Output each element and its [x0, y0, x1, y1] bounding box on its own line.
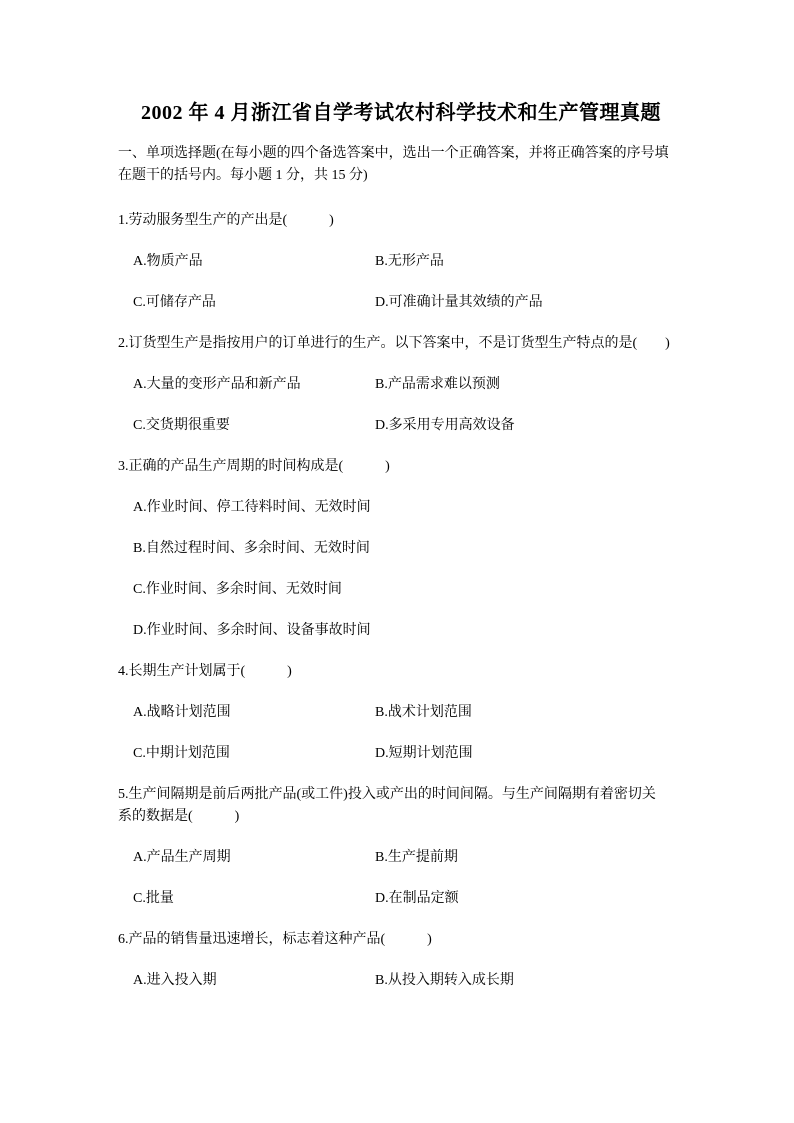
section-heading: 一、单项选择题(在每小题的四个备选答案中，选出一个正确答案，并将正确答案的序号填… [118, 143, 694, 187]
question-1-option-d: D.可准确计量其效绩的产品 [375, 292, 543, 314]
question-4-option-a: A.战略计划范围 [133, 702, 375, 724]
question-2-option-b: B.产品需求难以预测 [375, 374, 500, 396]
question-4-option-b: B.战术计划范围 [375, 702, 472, 724]
question-3: 3.正确的产品生产周期的时间构成是( ) A.作业时间、停工待料时间、无效时间 … [118, 456, 694, 642]
question-2-option-c: C.交货期很重要 [133, 415, 375, 437]
question-1-options-row-2: C.可储存产品D.可准确计量其效绩的产品 [133, 292, 694, 314]
question-2-options-row-2: C.交货期很重要D.多采用专用高效设备 [133, 415, 694, 437]
document-title: 2002 年 4 月浙江省自学考试农村科学技术和生产管理真题 [108, 100, 694, 127]
question-5-option-b: B.生产提前期 [375, 847, 458, 869]
question-1-options-row-1: A.物质产品B.无形产品 [133, 251, 694, 273]
question-5-options-row-2: C.批量D.在制品定额 [133, 888, 694, 910]
question-6-options-row-1: A.进入投入期B.从投入期转入成长期 [133, 970, 694, 992]
question-6-stem: 6.产品的销售量迅速增长，标志着这种产品( ) [118, 929, 694, 951]
question-5-stem: 5.生产间隔期是前后两批产品(或工件)投入或产出的时间间隔。与生产间隔期有着密切… [118, 784, 694, 828]
question-3-option-b: B.自然过程时间、多余时间、无效时间 [133, 538, 370, 560]
question-2-options-row-1: A.大量的变形产品和新产品B.产品需求难以预测 [133, 374, 694, 396]
question-1-option-c: C.可储存产品 [133, 292, 375, 314]
question-4-stem: 4.长期生产计划属于( ) [118, 661, 694, 683]
question-3-stem: 3.正确的产品生产周期的时间构成是( ) [118, 456, 694, 478]
question-3-options-row-1: A.作业时间、停工待料时间、无效时间 [133, 497, 694, 519]
question-3-options-row-3: C.作业时间、多余时间、无效时间 [133, 579, 694, 601]
question-5-option-a: A.产品生产周期 [133, 847, 375, 869]
question-6-option-a: A.进入投入期 [133, 970, 375, 992]
question-1-option-a: A.物质产品 [133, 251, 375, 273]
question-4-options-row-1: A.战略计划范围B.战术计划范围 [133, 702, 694, 724]
question-6: 6.产品的销售量迅速增长，标志着这种产品( ) A.进入投入期B.从投入期转入成… [118, 929, 694, 992]
document-page: 2002 年 4 月浙江省自学考试农村科学技术和生产管理真题 一、单项选择题(在… [0, 0, 794, 1123]
question-3-option-c: C.作业时间、多余时间、无效时间 [133, 579, 342, 601]
question-4-options-row-2: C.中期计划范围D.短期计划范围 [133, 743, 694, 765]
question-3-option-d: D.作业时间、多余时间、设备事故时间 [133, 620, 371, 642]
question-5-option-d: D.在制品定额 [375, 888, 459, 910]
question-3-options-row-4: D.作业时间、多余时间、设备事故时间 [133, 620, 694, 642]
question-1: 1.劳动服务型生产的产出是( ) A.物质产品B.无形产品 C.可储存产品D.可… [118, 210, 694, 314]
question-5-options-row-1: A.产品生产周期B.生产提前期 [133, 847, 694, 869]
question-2-option-d: D.多采用专用高效设备 [375, 415, 515, 437]
question-6-option-b: B.从投入期转入成长期 [375, 970, 514, 992]
question-1-option-b: B.无形产品 [375, 251, 444, 273]
question-5-option-c: C.批量 [133, 888, 375, 910]
question-4-option-c: C.中期计划范围 [133, 743, 375, 765]
question-1-stem: 1.劳动服务型生产的产出是( ) [118, 210, 694, 232]
question-4-option-d: D.短期计划范围 [375, 743, 473, 765]
question-5: 5.生产间隔期是前后两批产品(或工件)投入或产出的时间间隔。与生产间隔期有着密切… [118, 784, 694, 910]
question-2: 2.订货型生产是指按用户的订单进行的生产。以下答案中，不是订货型生产特点的是( … [118, 333, 694, 437]
question-2-option-a: A.大量的变形产品和新产品 [133, 374, 375, 396]
question-2-stem: 2.订货型生产是指按用户的订单进行的生产。以下答案中，不是订货型生产特点的是( … [118, 333, 694, 355]
question-4: 4.长期生产计划属于( ) A.战略计划范围B.战术计划范围 C.中期计划范围D… [118, 661, 694, 765]
question-3-options-row-2: B.自然过程时间、多余时间、无效时间 [133, 538, 694, 560]
question-3-option-a: A.作业时间、停工待料时间、无效时间 [133, 497, 371, 519]
